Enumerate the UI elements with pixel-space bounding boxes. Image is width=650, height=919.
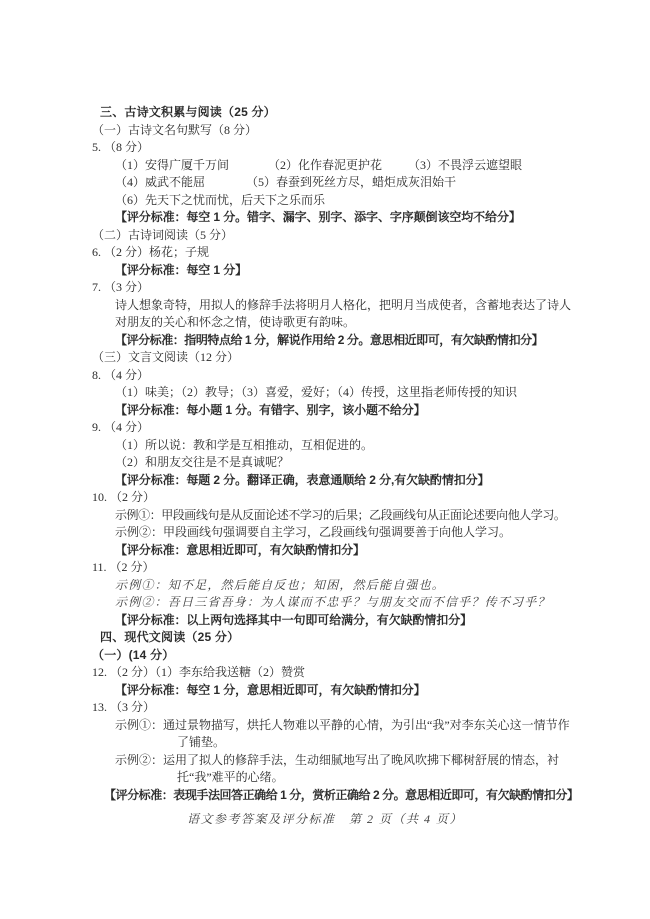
q10-criteria: 【评分标准：意思相近即可，有欠缺酌情扣分】 bbox=[115, 542, 650, 560]
q11-criteria: 【评分标准：以上两句选择其中一句即可给满分，有欠缺酌情扣分】 bbox=[115, 612, 650, 630]
answer-key-page: 三、古诗文积累与阅读（25 分） （一）古诗文名句默写（8 分） 5. （8 分… bbox=[0, 0, 650, 919]
q5-answer-row2: （4）威武不能屈 （5）春蚕到死丝方尽，蜡炬成灰泪始干 bbox=[115, 174, 650, 192]
q5-answer-1: （1）安得广厦千万间 bbox=[115, 157, 265, 175]
q8-criteria: 【评分标准：每小题 1 分。有错字、别字，该小题不给分】 bbox=[115, 402, 650, 420]
section4-sub1-heading: （一）(14 分） bbox=[92, 647, 650, 665]
q12-criteria: 【评分标准：每空 1 分，意思相近即可，有欠缺酌情扣分】 bbox=[115, 682, 650, 700]
q13-example2-line1: 示例②：运用了拟人的修辞手法，生动细腻地写出了晚风吹拂下椰树舒展的情态，衬 bbox=[115, 752, 650, 770]
q11-example-2: 示例②：吾日三省吾身：为人谋而不忠乎？与朋友交而不信乎？传不习乎？ bbox=[115, 594, 650, 612]
q13-label: 13. （3 分） bbox=[92, 699, 650, 717]
q9-criteria: 【评分标准：每题 2 分。翻译正确，表意通顺给 2 分,有欠缺酌情扣分】 bbox=[115, 472, 650, 490]
page-footer: 语文参考答案及评分标准 第 2 页（共 4 页） bbox=[0, 811, 650, 829]
section3-sub2-heading: （二）古诗词阅读（5 分） bbox=[92, 227, 650, 245]
q5-answer-2: （2）化作春泥更护花 bbox=[268, 157, 405, 175]
q8-answer: （1）味美；（2）教导；（3）喜爱，爱好；（4）传授，这里指老师传授的知识 bbox=[115, 384, 650, 402]
q6-criteria: 【评分标准：每空 1 分】 bbox=[115, 262, 650, 280]
q5-answer-3: （3）不畏浮云遮望眼 bbox=[408, 157, 522, 175]
q5-criteria: 【评分标准：每空 1 分。错字、漏字、别字、添字、字序颠倒该空均不给分】 bbox=[115, 209, 650, 227]
q13-example2-line2: 托“我”难平的心绪。 bbox=[177, 769, 650, 787]
q9-answer-1: （1）所以说：教和学是互相推动，互相促进的。 bbox=[115, 437, 650, 455]
section4-heading: 四、现代文阅读（25 分） bbox=[100, 629, 650, 647]
page-content: 三、古诗文积累与阅读（25 分） （一）古诗文名句默写（8 分） 5. （8 分… bbox=[0, 104, 650, 828]
q13-example1-line2: 了铺垫。 bbox=[177, 734, 650, 752]
q7-label: 7. （3 分） bbox=[92, 279, 650, 297]
q10-example-1: 示例①：甲段画线句是从反面论述不学习的后果；乙段画线句从正面论述要向他人学习。 bbox=[115, 507, 650, 525]
q13-example1-line1: 示例①：通过景物描写，烘托人物难以平静的心情，为引出“我”对李东关心这一情节作 bbox=[115, 717, 650, 735]
q10-example-2: 示例②：甲段画线句强调要自主学习，乙段画线句强调要善于向他人学习。 bbox=[115, 524, 650, 542]
q13-criteria: 【评分标准：表现手法回答正确给 1 分，赏析正确给 2 分。意思相近即可，有欠缺… bbox=[104, 787, 650, 805]
q6-label: 6. （2 分）杨花；子规 bbox=[92, 244, 650, 262]
q5-answer-4: （4）威武不能屈 bbox=[115, 174, 243, 192]
q5-label: 5. （8 分） bbox=[92, 139, 650, 157]
q9-label: 9. （4 分） bbox=[92, 419, 650, 437]
q5-answer-6: （6）先天下之忧而忧，后天下之乐而乐 bbox=[115, 192, 650, 210]
q5-answer-5: （5）春蚕到死丝方尽，蜡炬成灰泪始干 bbox=[246, 174, 456, 192]
q9-answer-2: （2）和朋友交往是不是真诚呢？ bbox=[115, 454, 650, 472]
section3-heading: 三、古诗文积累与阅读（25 分） bbox=[100, 104, 650, 122]
q7-criteria: 【评分标准：指明特点给 1 分，解说作用给 2 分。意思相近即可，有欠缺酌情扣分… bbox=[115, 332, 650, 350]
q8-label: 8. （4 分） bbox=[92, 367, 650, 385]
q11-example-1: 示例①：知不足，然后能自反也；知困，然后能自强也。 bbox=[115, 577, 650, 595]
section3-sub1-heading: （一）古诗文名句默写（8 分） bbox=[92, 122, 650, 140]
q12-label: 12. （2 分）（1）李东给我送糖（2）赞赏 bbox=[92, 664, 650, 682]
q5-answer-row1: （1）安得广厦千万间 （2）化作春泥更护花 （3）不畏浮云遮望眼 bbox=[115, 157, 650, 175]
q7-answer-line1: 诗人想象奇特，用拟人的修辞手法将明月人格化，把明月当成使者，含蓄地表达了诗人 bbox=[115, 297, 650, 315]
q11-label: 11. （2 分） bbox=[92, 559, 650, 577]
section3-sub3-heading: （三）文言文阅读（12 分） bbox=[92, 349, 650, 367]
q7-answer-line2: 对朋友的关心和怀念之情，使诗歌更有韵味。 bbox=[115, 314, 650, 332]
q10-label: 10. （2 分） bbox=[92, 489, 650, 507]
